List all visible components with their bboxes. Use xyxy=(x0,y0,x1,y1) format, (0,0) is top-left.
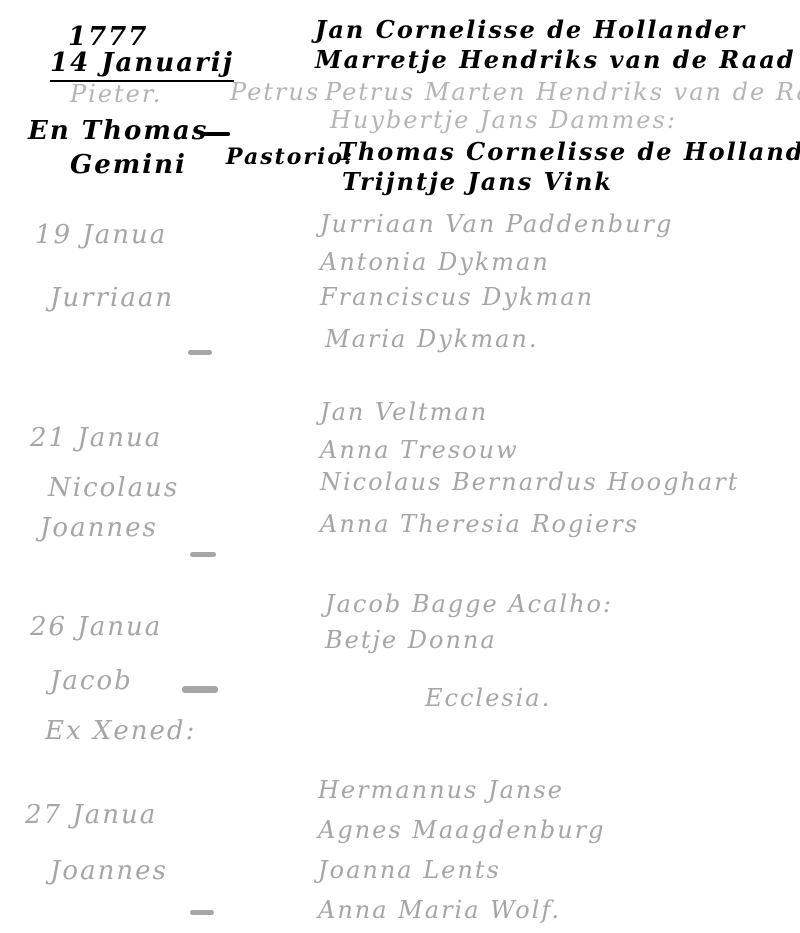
entry-4-date: 26 Janua xyxy=(30,614,162,640)
entry-3-date: 21 Janua xyxy=(30,425,162,451)
entry-5-line-3: Joanna Lents xyxy=(318,858,501,882)
entry-3-line-4: Anna Theresia Rogiers xyxy=(320,512,639,536)
entry-4-note: Ex Xened: xyxy=(45,718,196,744)
entry-1-child-2: En Thomas xyxy=(28,118,208,144)
entry-2-line-3: Franciscus Dykman xyxy=(320,285,594,309)
entry-4-line-2: Betje Donna xyxy=(325,628,497,652)
entry-1-petrus: Petrus xyxy=(230,80,320,104)
entry-5-child: Joannes xyxy=(50,858,168,884)
entry-2-line-1: Jurriaan Van Paddenburg xyxy=(320,212,673,236)
entry-4-child: Jacob xyxy=(50,668,133,694)
entry-3-line-2: Anna Tresouw xyxy=(320,438,519,462)
register-page: 1777 14 Januarij Pieter. Petrus En Thoma… xyxy=(0,0,800,933)
year: 1777 xyxy=(68,24,148,50)
entry-5-line-2: Agnes Maagdenburg xyxy=(318,818,606,842)
dash xyxy=(190,910,214,915)
dash xyxy=(190,552,216,557)
dash xyxy=(200,132,230,136)
entry-1-mother: Marretje Hendriks van de Raad xyxy=(315,48,796,72)
entry-2-line-2: Antonia Dykman xyxy=(320,250,550,274)
entry-1-crossed-child: Pieter. xyxy=(70,82,162,106)
entry-1-pastorio: Pastorio: xyxy=(226,146,354,168)
entry-1-godfather: Thomas Cornelisse de Hollander xyxy=(338,140,800,164)
entry-3-child-1: Nicolaus xyxy=(48,475,179,501)
entry-4-line-3: Ecclesia. xyxy=(425,686,551,710)
entry-2-child: Jurriaan xyxy=(50,285,174,311)
entry-5-line-1: Hermannus Janse xyxy=(318,778,564,802)
entry-4-line-1: Jacob Bagge Acalho: xyxy=(325,592,613,616)
entry-1-godfather-crossed: Petrus Marten Hendriks van de Raad xyxy=(325,80,800,104)
entry-3-line-1: Jan Veltman xyxy=(320,400,488,424)
entry-3-line-3: Nicolaus Bernardus Hooghart xyxy=(320,470,739,494)
entry-1-father: Jan Cornelisse de Hollander xyxy=(315,18,746,42)
entry-1-date: 14 Januarij xyxy=(50,50,234,82)
entry-5-line-4: Anna Maria Wolf. xyxy=(318,898,561,922)
entry-5-date: 27 Janua xyxy=(25,802,157,828)
entry-3-child-2: Joannes xyxy=(40,515,158,541)
entry-2-date: 19 Janua xyxy=(35,222,167,248)
entry-1-gemini: Gemini xyxy=(70,152,187,178)
entry-1-godmother: Trijntje Jans Vink xyxy=(342,170,613,194)
entry-2-line-4: Maria Dykman. xyxy=(325,327,538,351)
dash xyxy=(182,686,218,693)
dash xyxy=(188,350,212,355)
entry-1-godmother-crossed: Huybertje Jans Dammes: xyxy=(330,108,677,132)
